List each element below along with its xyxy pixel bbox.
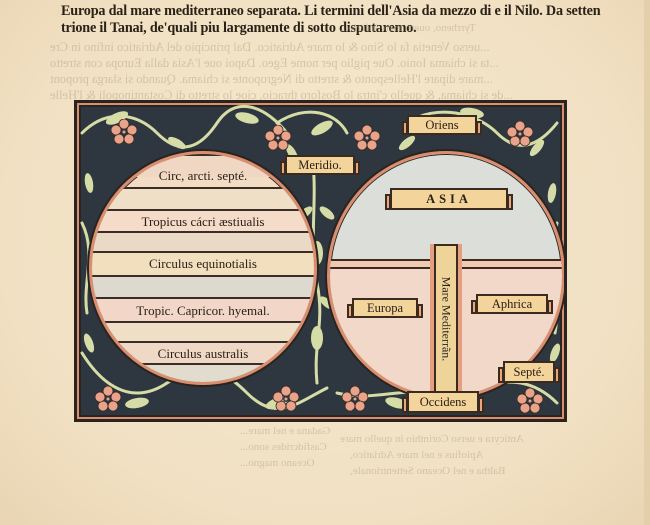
header-text-line-1: Europa dal mare mediterraneo separata. L… xyxy=(61,3,600,20)
meridio-banner: Meridio. xyxy=(285,155,355,175)
europa-label: Europa xyxy=(367,302,403,315)
zones-globe: Circ, arcti. septé. Tropicus cácri æstiu… xyxy=(89,151,317,385)
bleed-through-line: Tyrrheno, ouero mare inferio... xyxy=(340,22,476,34)
flower-icon xyxy=(354,125,380,151)
zone-band xyxy=(92,363,314,383)
flower-icon xyxy=(111,119,137,145)
aphrica-banner: Aphrica xyxy=(476,294,548,314)
oriens-banner: Oriens xyxy=(407,115,477,135)
mediterranean-label: Mare Mediterrãn. xyxy=(439,277,454,362)
zone-band xyxy=(92,187,314,209)
flower-icon xyxy=(507,121,533,147)
zone-label-antarctic: Circulus australis xyxy=(92,346,314,362)
asia-banner: ASIA xyxy=(390,188,508,210)
bleed-through-line: Anticyra e uerso Corinthio in quello mar… xyxy=(340,433,524,445)
oriens-label: Oriens xyxy=(425,119,458,132)
zone-band xyxy=(92,275,314,297)
flower-icon xyxy=(265,125,291,151)
mediterranean-sea-band: Mare Mediterrãn. xyxy=(434,244,458,394)
septe-label: Septé. xyxy=(514,366,545,379)
asia-label: ASIA xyxy=(426,193,472,206)
bleed-through-line: ...mare dipare l'Hellesponto & stretto d… xyxy=(50,72,493,87)
bleed-through-line: ...uerso Venetia fa lo Sino & lo mare Ad… xyxy=(50,40,490,55)
bleed-through-line: Gadana e nel mare... xyxy=(240,425,330,437)
flower-icon xyxy=(95,386,121,412)
meridio-label: Meridio. xyxy=(298,159,341,172)
septe-banner: Septé. xyxy=(503,361,555,383)
europa-banner: Europa xyxy=(352,298,418,318)
flower-icon xyxy=(273,386,299,412)
occidens-banner: Occidens xyxy=(407,391,479,413)
bleed-through-line: Casfidcrides sono... xyxy=(240,441,327,453)
page-edge xyxy=(644,0,650,525)
woodcut-frame: Circ, arcti. septé. Tropicus cácri æstiu… xyxy=(74,100,567,422)
bleed-through-line: Oceano magno... xyxy=(240,457,315,469)
zone-band xyxy=(92,321,314,341)
bleed-through-line: ...ta si chiama Ionio. Oue piglio per no… xyxy=(50,56,499,71)
zone-label-equator: Circulus equinotialis xyxy=(92,256,314,272)
aphrica-label: Aphrica xyxy=(492,298,532,311)
bleed-through-line: Baltha e nel Oceano Settentrionale, xyxy=(350,465,505,477)
zone-label-tropic-cancer: Tropicus cácri æstiualis xyxy=(92,214,314,230)
zone-label-tropic-capricorn: Tropic. Capricor. hyemal. xyxy=(92,303,314,319)
zone-band xyxy=(92,231,314,251)
bleed-through-line: Apiofius e nel mare Adriatico, xyxy=(350,449,484,461)
occidens-label: Occidens xyxy=(420,396,467,409)
